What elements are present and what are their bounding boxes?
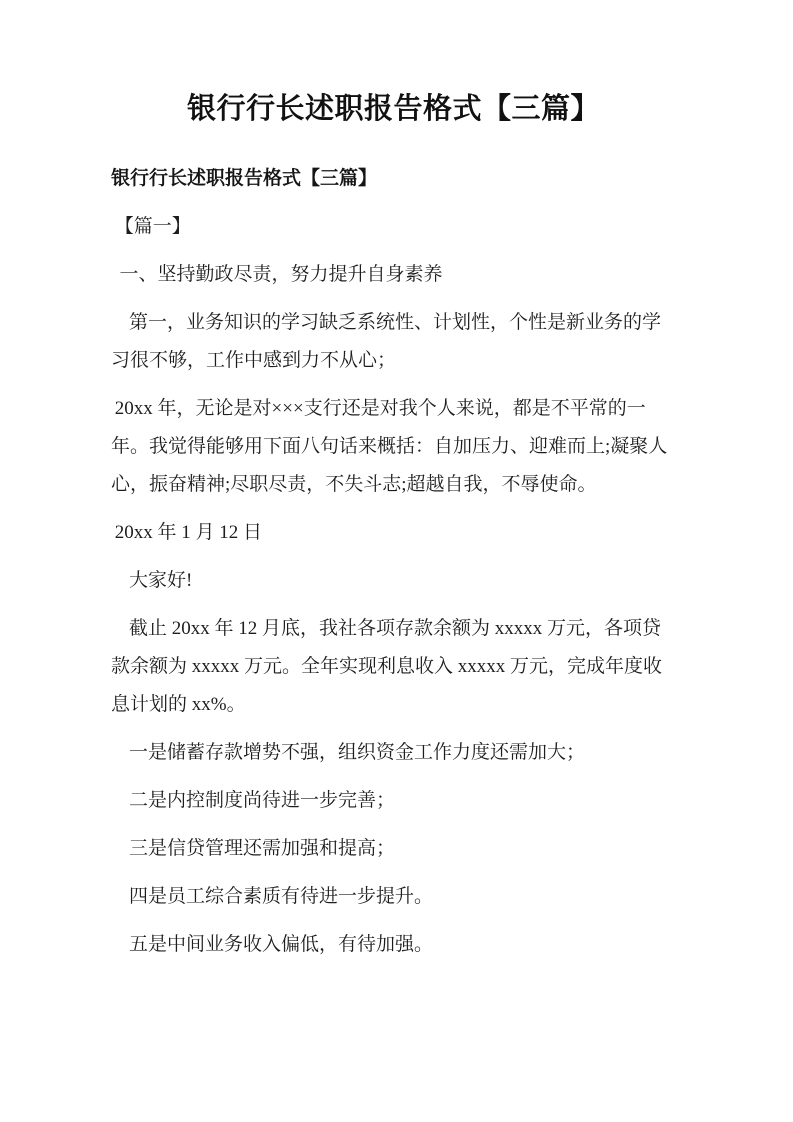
greeting-line: 大家好!: [111, 562, 676, 600]
paragraph-first-point: 第一，业务知识的学习缺乏系统性、计划性，个性是新业务的学习很不够，工作中感到力不…: [111, 304, 676, 380]
list-item-4: 四是员工综合素质有待进一步提升。: [111, 878, 676, 916]
document-page: 银行行长述职报告格式【三篇】 银行行长述职报告格式【三篇】 【篇一】 一、坚持勤…: [0, 0, 793, 1122]
paragraph-year-summary: 20xx 年，无论是对×××支行还是对我个人来说，都是不平常的一年。我觉得能够用…: [111, 390, 676, 504]
list-item-3: 三是信贷管理还需加强和提高；: [111, 830, 676, 868]
section-label: 【篇一】: [111, 208, 676, 246]
list-item-1: 一是储蓄存款增势不强，组织资金工作力度还需加大；: [111, 734, 676, 772]
list-item-5: 五是中间业务收入偏低，有待加强。: [111, 926, 676, 964]
document-title: 银行行长述职报告格式【三篇】: [111, 88, 676, 130]
paragraph-deposit-figures: 截止 20xx 年 12 月底，我社各项存款余额为 xxxxx 万元，各项贷款余…: [111, 610, 676, 724]
list-item-2: 二是内控制度尚待进一步完善；: [111, 782, 676, 820]
date-line: 20xx 年 1 月 12 日: [111, 514, 676, 552]
document-subtitle: 银行行长述职报告格式【三篇】: [111, 160, 676, 198]
section-heading-one: 一、坚持勤政尽责，努力提升自身素养: [111, 256, 676, 294]
